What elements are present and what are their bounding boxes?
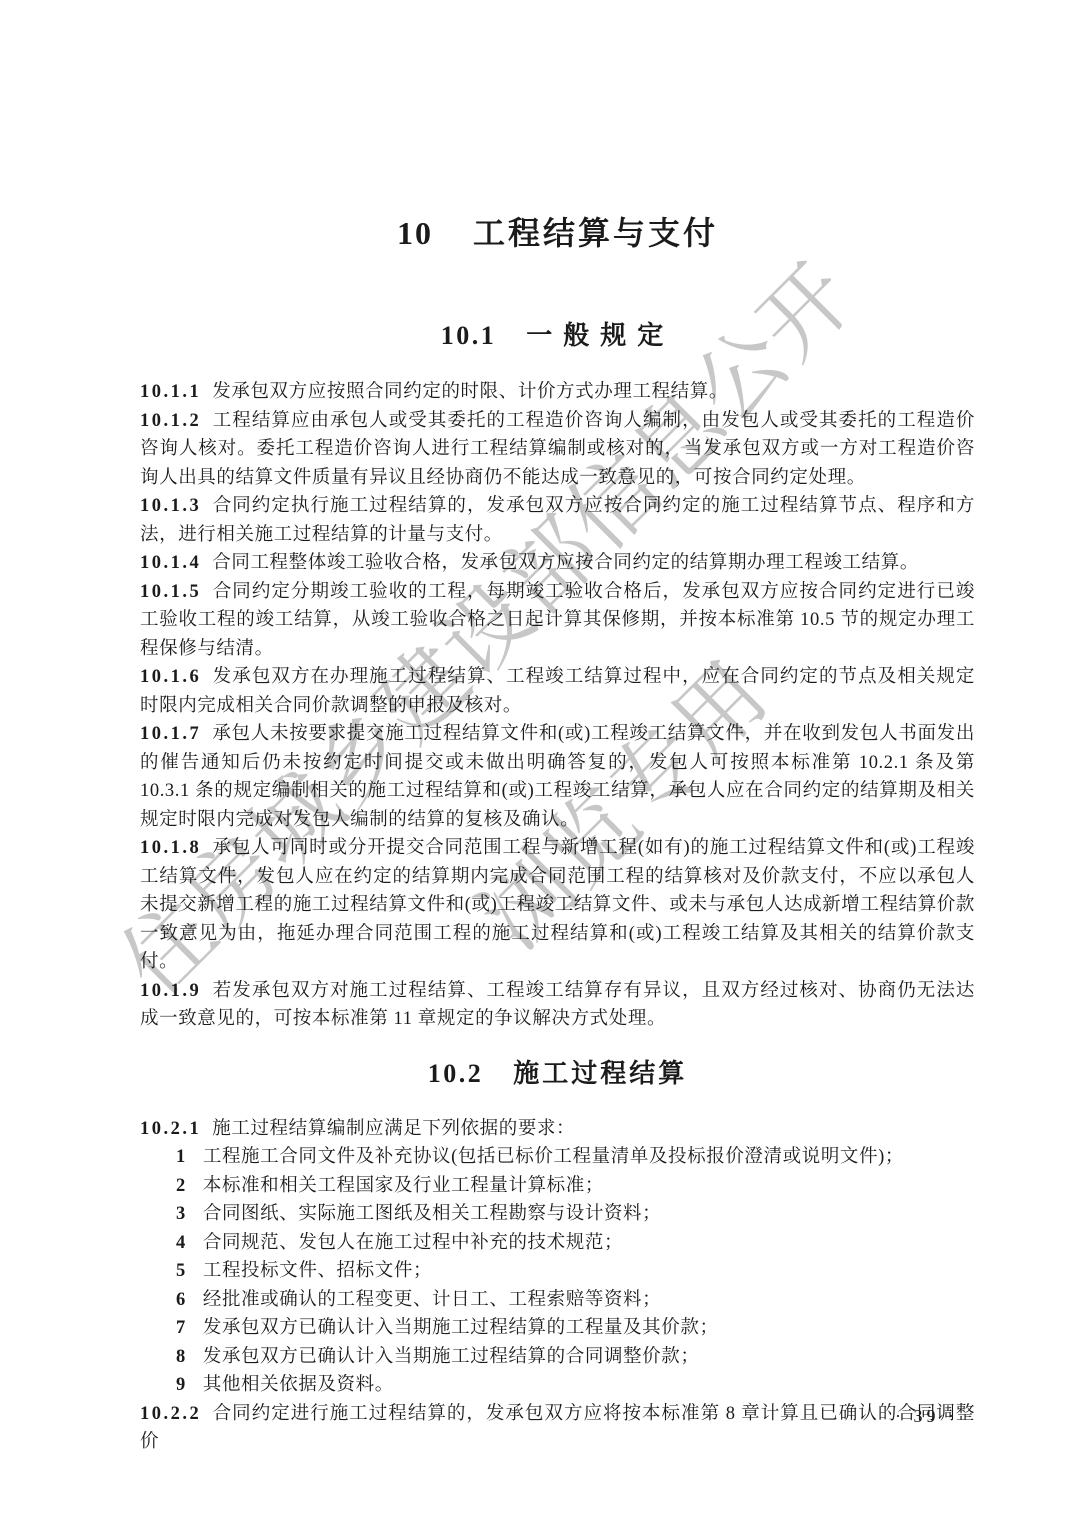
clause-text: 若发承包双方对施工过程结算、工程竣工结算存有异议，且双方经过核对、协商仍无法达成…: [140, 981, 975, 1030]
clause-10-1-7: 10.1.7承包人未按要求提交施工过程结算文件和(或)工程竣工结算文件，并在收到…: [140, 720, 975, 834]
list-item-3: 3合同图纸、实际施工图纸及相关工程勘察与设计资料；: [140, 1200, 975, 1229]
section-heading-10-1: 10.1一般规定: [140, 322, 975, 349]
item-number: 5: [176, 1261, 186, 1281]
list-item-1: 1工程施工合同文件及补充协议(包括已标价工程量清单及投标报价澄清或说明文件)；: [140, 1143, 975, 1172]
list-item-5: 5工程投标文件、招标文件；: [140, 1257, 975, 1286]
item-text: 发承包双方已确认计入当期施工过程结算的工程量及其价款；: [203, 1318, 719, 1338]
clause-text: 发承包双方应按照合同约定的时限、计价方式办理工程结算。: [212, 382, 728, 402]
clause-10-2-2: 10.2.2合同约定进行施工过程结算的，发承包双方应将按本标准第 8 章计算且已…: [140, 1400, 975, 1457]
clause-number: 10.1.9: [140, 981, 201, 1001]
section-number: 10.1: [441, 321, 497, 350]
item-number: 6: [176, 1290, 186, 1310]
item-text: 经批准或确认的工程变更、计日工、工程索赔等资料；: [203, 1290, 661, 1310]
clause-text: 工程结算应由承包人或受其委托的工程造价咨询人编制，由发包人或受其委托的工程造价咨…: [140, 411, 975, 488]
list-item-7: 7发承包双方已确认计入当期施工过程结算的工程量及其价款；: [140, 1314, 975, 1343]
list-item-9: 9其他相关依据及资料。: [140, 1371, 975, 1400]
clause-number: 10.1.5: [140, 582, 201, 602]
clause-text: 承包人可同时或分开提交合同范围工程与新增工程(如有)的施工过程结算文件和(或)工…: [140, 838, 975, 972]
page-number: · 39 ·: [895, 1406, 958, 1427]
clause-text: 合同约定分期竣工验收的工程，每期竣工验收合格后，发承包双方应按合同约定进行已竣工…: [140, 582, 975, 659]
section-title: 施工过程结算: [513, 1059, 687, 1088]
clause-text: 合同约定执行施工过程结算的，发承包双方应按合同约定的施工过程结算节点、程序和方法…: [140, 496, 975, 545]
clause-number: 10.1.7: [140, 724, 201, 744]
clause-number: 10.1.6: [140, 667, 201, 687]
item-number: 9: [176, 1375, 186, 1395]
item-text: 工程投标文件、招标文件；: [203, 1261, 432, 1281]
item-number: 2: [176, 1176, 186, 1196]
clause-10-1-9: 10.1.9若发承包双方对施工过程结算、工程竣工结算存有异议，且双方经过核对、协…: [140, 977, 975, 1034]
clause-text: 合同约定进行施工过程结算的，发承包双方应将按本标准第 8 章计算且已确认的合同调…: [140, 1404, 975, 1453]
clause-10-1-1: 10.1.1发承包双方应按照合同约定的时限、计价方式办理工程结算。: [140, 378, 975, 407]
item-text: 本标准和相关工程国家及行业工程量计算标准；: [203, 1176, 604, 1196]
clause-10-1-2: 10.1.2工程结算应由承包人或受其委托的工程造价咨询人编制，由发包人或受其委托…: [140, 407, 975, 493]
clause-10-2-1: 10.2.1施工过程结算编制应满足下列依据的要求：: [140, 1115, 975, 1144]
clause-number: 10.2.1: [140, 1119, 201, 1139]
clause-number: 10.1.4: [140, 553, 201, 573]
list-item-4: 4合同规范、发包人在施工过程中补充的技术规范；: [140, 1229, 975, 1258]
section-heading-10-2: 10.2施工过程结算: [140, 1060, 975, 1087]
page-content: 10工程结算与支付 10.1一般规定 10.1.1发承包双方应按照合同约定的时限…: [140, 0, 975, 1457]
list-item-2: 2本标准和相关工程国家及行业工程量计算标准；: [140, 1172, 975, 1201]
clause-10-1-3: 10.1.3合同约定执行施工过程结算的，发承包双方应按合同约定的施工过程结算节点…: [140, 492, 975, 549]
clause-number: 10.1.1: [140, 382, 201, 402]
chapter-title: 工程结算与支付: [473, 215, 718, 251]
item-text: 工程施工合同文件及补充协议(包括已标价工程量清单及投标报价澄清或说明文件)；: [203, 1147, 904, 1167]
list-item-8: 8发承包双方已确认计入当期施工过程结算的合同调整价款；: [140, 1343, 975, 1372]
clause-10-1-4: 10.1.4合同工程整体竣工验收合格，发承包双方应按合同约定的结算期办理工程竣工…: [140, 549, 975, 578]
clause-text: 合同工程整体竣工验收合格，发承包双方应按合同约定的结算期办理工程竣工结算。: [212, 553, 919, 573]
section-number: 10.2: [428, 1059, 484, 1088]
clause-10-1-6: 10.1.6发承包双方在办理施工过程结算、工程竣工结算过程中，应在合同约定的节点…: [140, 663, 975, 720]
item-number: 7: [176, 1318, 186, 1338]
item-number: 3: [176, 1204, 186, 1224]
clause-10-1-5: 10.1.5合同约定分期竣工验收的工程，每期竣工验收合格后，发承包双方应按合同约…: [140, 578, 975, 664]
item-text: 其他相关依据及资料。: [203, 1375, 394, 1395]
item-text: 合同规范、发包人在施工过程中补充的技术规范；: [203, 1233, 623, 1253]
item-number: 8: [176, 1347, 186, 1367]
item-number: 4: [176, 1233, 186, 1253]
list-item-6: 6经批准或确认的工程变更、计日工、工程索赔等资料；: [140, 1286, 975, 1315]
clause-number: 10.1.8: [140, 838, 201, 858]
section-title: 一般规定: [526, 321, 674, 350]
document-page: 住房城乡建设部信息公开 浏览专用 10工程结算与支付 10.1一般规定 10.1…: [0, 0, 1080, 1529]
item-text: 发承包双方已确认计入当期施工过程结算的合同调整价款；: [203, 1347, 700, 1367]
chapter-number: 10: [397, 215, 433, 251]
item-number: 1: [176, 1147, 186, 1167]
item-text: 合同图纸、实际施工图纸及相关工程勘察与设计资料；: [203, 1204, 661, 1224]
clause-number: 10.1.2: [140, 411, 201, 431]
clause-text: 发承包双方在办理施工过程结算、工程竣工结算过程中，应在合同约定的节点及相关规定时…: [140, 667, 975, 716]
clause-number: 10.2.2: [140, 1404, 201, 1424]
clause-text: 施工过程结算编制应满足下列依据的要求：: [212, 1119, 575, 1139]
clause-number: 10.1.3: [140, 496, 201, 516]
chapter-heading: 10工程结算与支付: [140, 216, 975, 250]
clause-text: 承包人未按要求提交施工过程结算文件和(或)工程竣工结算文件，并在收到发包人书面发…: [140, 724, 975, 830]
clause-10-1-8: 10.1.8承包人可同时或分开提交合同范围工程与新增工程(如有)的施工过程结算文…: [140, 834, 975, 977]
